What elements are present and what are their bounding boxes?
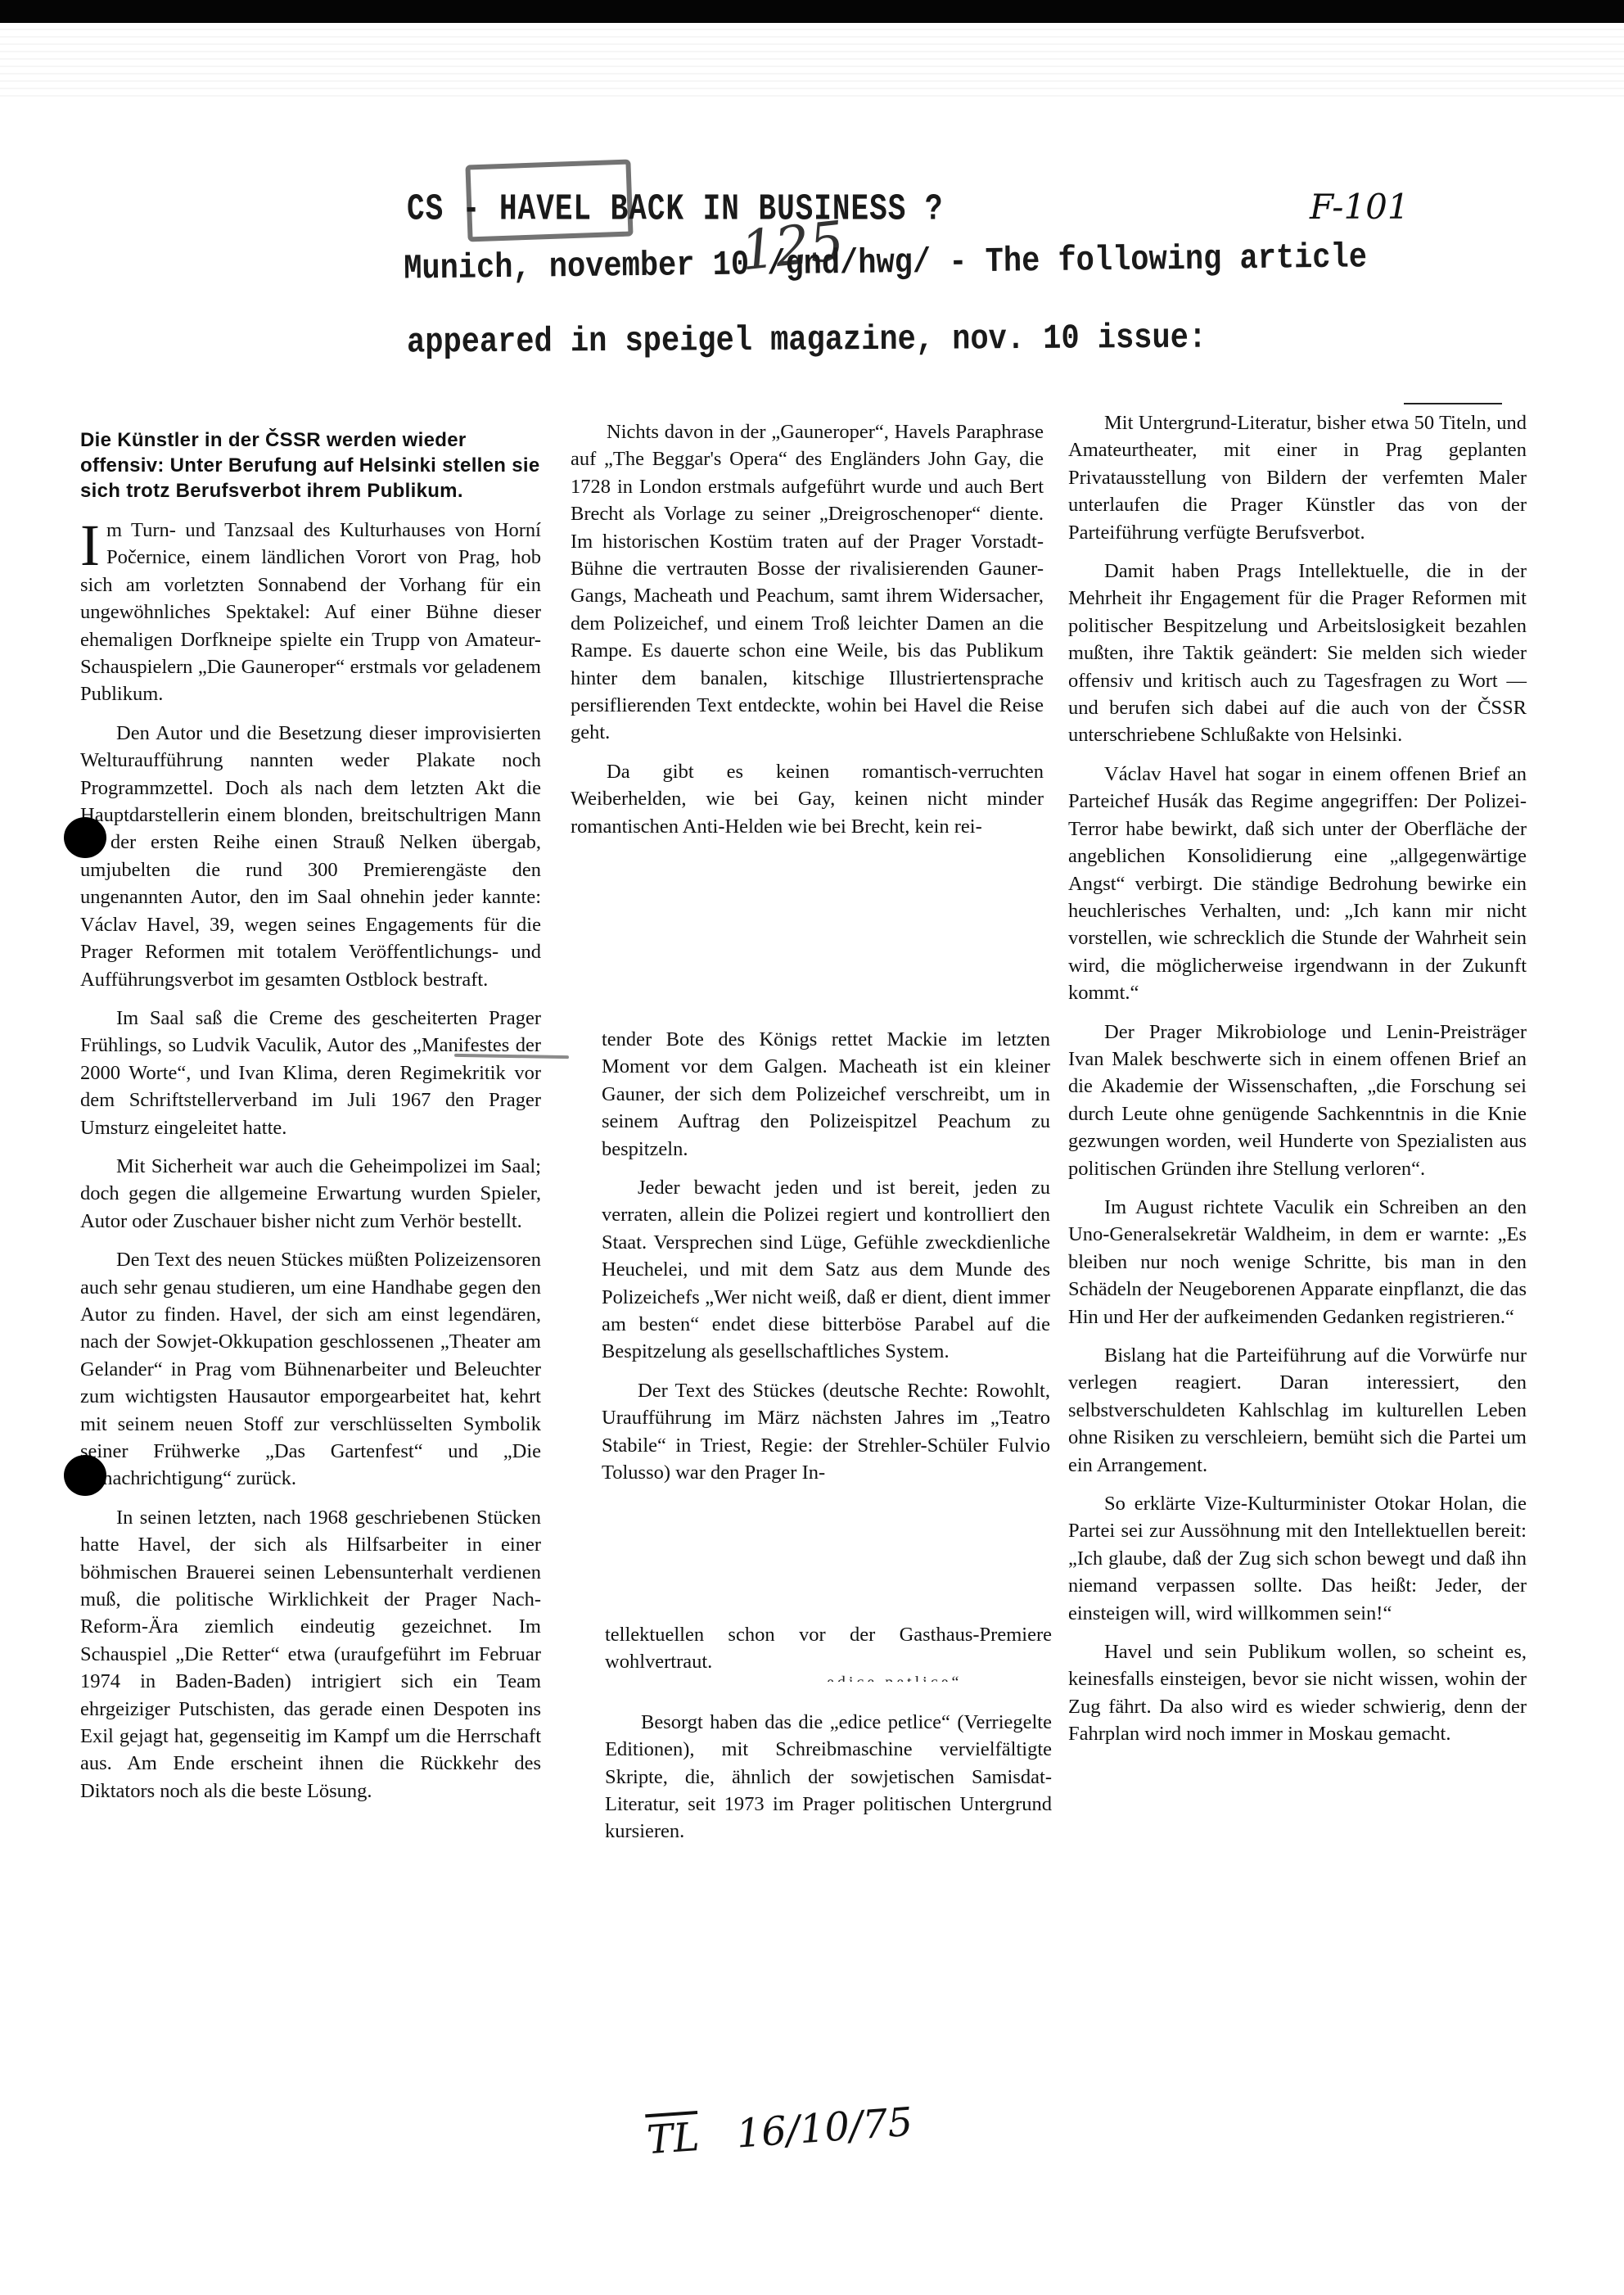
paragraph: Den Autor und die Besetzung dieser impro… <box>80 720 541 993</box>
punch-hole <box>64 817 106 858</box>
paragraph: Václav Havel hat sogar in einem offenen … <box>1068 761 1527 1007</box>
handwritten-reference: F-101 <box>1310 187 1410 227</box>
article-column-2-middle: tender Bote des Königs rettet Mackie im … <box>602 1026 1050 1498</box>
paragraph: Mit Untergrund-Literatur, bisher etwa 50… <box>1068 409 1527 546</box>
signature-date: 16/10/75 <box>735 2099 914 2157</box>
column-rule <box>1404 403 1502 404</box>
paragraph: tellektuellen schon vor der Gasthaus-Pre… <box>605 1621 1052 1676</box>
clipped-text-fragment: edice petlice“ <box>827 1674 1048 1682</box>
handwritten-signature: TL 16/10/75 <box>645 2099 913 2164</box>
signature-initials: TL <box>645 2114 701 2163</box>
paragraph: tender Bote des Königs rettet Mackie im … <box>602 1026 1050 1163</box>
headline: CS - HAVEL BACK IN BUSINESS ? <box>407 188 944 230</box>
paragraph: Havel und sein Publikum wollen, so schei… <box>1068 1638 1527 1748</box>
paragraph: Besorgt haben das die „edice petlice“ (V… <box>605 1709 1052 1845</box>
paragraph: So erklärte Vize-Kulturminister Otokar H… <box>1068 1490 1527 1627</box>
source-line: appeared in speigel magazine, nov. 10 is… <box>407 318 1207 363</box>
drop-cap: I <box>80 520 100 571</box>
paragraph: In seinen letzten, nach 1968 geschrieben… <box>80 1504 541 1805</box>
paragraph: Bislang hat die Parteiführung auf die Vo… <box>1068 1342 1527 1479</box>
paragraph: Der Text des Stückes (deutsche Rechte: R… <box>602 1377 1050 1487</box>
paragraph: Der Prager Mikrobiologe und Lenin-Preist… <box>1068 1019 1527 1182</box>
paragraph: Nichts davon in der „Gauneroper“, Havels… <box>571 418 1044 747</box>
paragraph: Da gibt es keinen romantisch-verruchten … <box>571 758 1044 840</box>
paragraph: Im Saal saß die Creme des gescheiterten … <box>80 1005 541 1141</box>
paragraph: Den Text des neuen Stückes müßten Polize… <box>80 1246 541 1493</box>
paragraph: Damit haben Prags Intellektuelle, die in… <box>1068 558 1527 749</box>
article-column-3: Mit Untergrund-Literatur, bisher etwa 50… <box>1068 409 1527 1760</box>
article-lede: Die Künstler in der ČSSR werden wieder o… <box>80 427 541 504</box>
scan-top-border <box>0 0 1624 23</box>
paragraph: Jeder bewacht jeden und ist bereit, jede… <box>602 1174 1050 1366</box>
article-column-2-top: Nichts davon in der „Gauneroper“, Havels… <box>571 418 1044 852</box>
scan-noise <box>0 23 1624 97</box>
article-column-1: Die Künstler in der ČSSR werden wieder o… <box>80 427 541 1816</box>
paragraph: Im Turn- und Tanzsaal des Kulturhauses v… <box>80 517 541 708</box>
paragraph: Im August richtete Vaculik ein Schreiben… <box>1068 1194 1527 1330</box>
punch-hole <box>64 1455 106 1496</box>
paragraph: Mit Sicherheit war auch die Geheimpolize… <box>80 1153 541 1235</box>
dateline: Munich, november 10 /gnd/hwg/ - The foll… <box>404 238 1367 289</box>
article-column-2-bottom: tellektuellen schon vor der Gasthaus-Pre… <box>605 1621 1052 1857</box>
